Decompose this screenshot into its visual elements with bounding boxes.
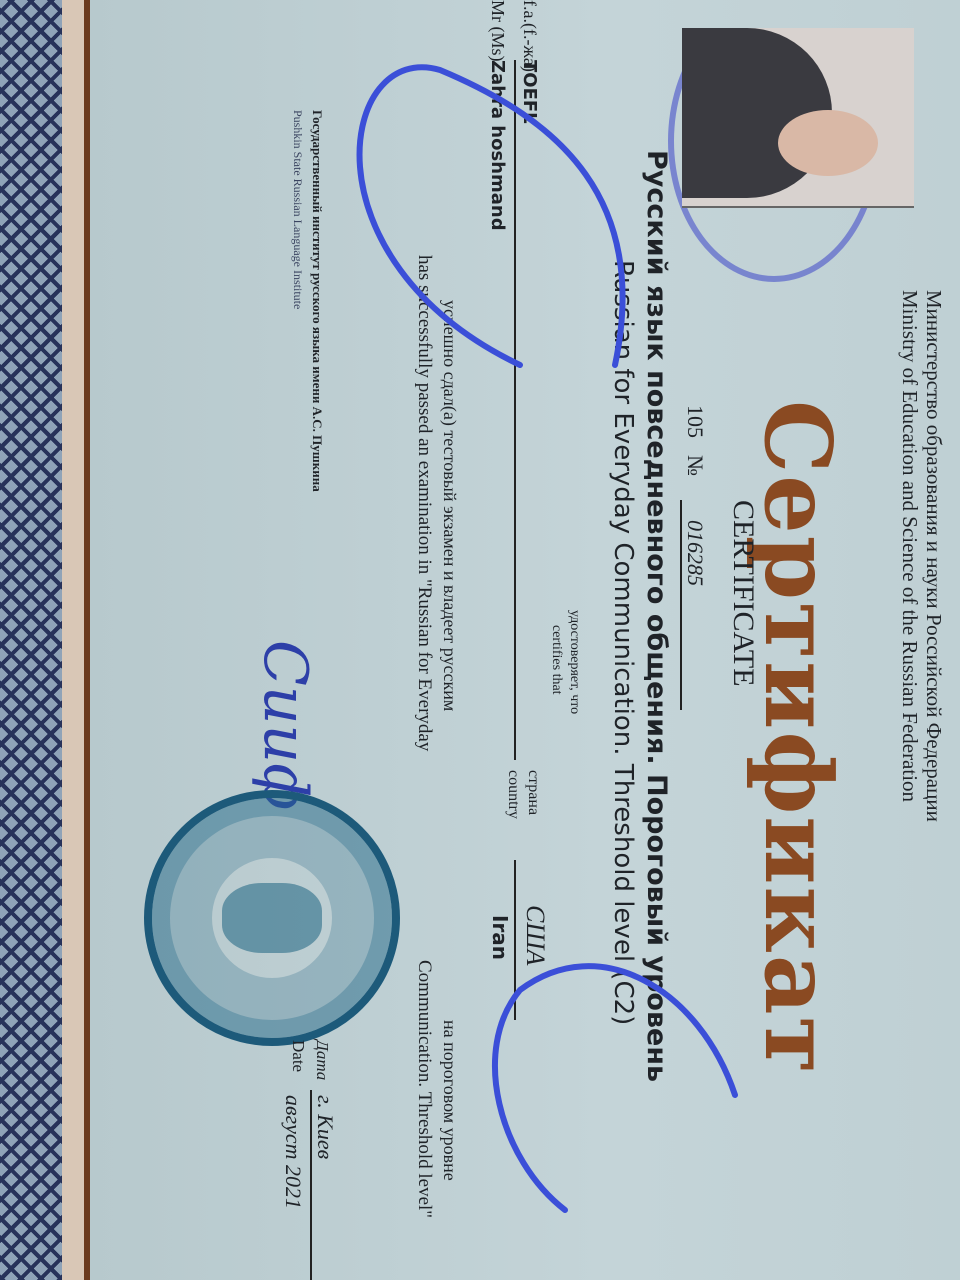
certifies-ru: удостоверяет, что xyxy=(566,610,582,714)
passed-statement-ru: успешно сдал(а) тестовый экзамен и владе… xyxy=(439,300,460,711)
border-strip xyxy=(62,0,84,1280)
name-value: Zahra hoshmand xyxy=(487,60,508,231)
institute-en: Pushkin State Russian Language Institute xyxy=(290,110,305,309)
exam-title-ru: Русский язык повседневного общения. Поро… xyxy=(641,150,672,1082)
date-place: г. Киев xyxy=(312,1095,338,1159)
signature: Сииф xyxy=(250,640,320,810)
portrait-photo xyxy=(682,28,914,208)
passed-statement-en-end: Communication. Threshold level" xyxy=(413,960,435,1218)
institute-ru: Государственный институт русского языка … xyxy=(309,110,325,492)
number-prefix: 105 xyxy=(682,405,708,438)
date-value: август 2021 xyxy=(280,1095,306,1209)
certificate-title-en: CERTIFICATE xyxy=(726,500,760,687)
date-underline xyxy=(310,1090,312,1280)
certifies-en: certifies that xyxy=(548,625,564,695)
ministry-en: Ministry of Education and Science of the… xyxy=(897,290,922,802)
exam-title-en: Russian for Everyday Communication. Thre… xyxy=(608,260,638,1025)
passed-statement-en: has successfully passed an examination i… xyxy=(413,255,435,751)
name-label: Mr (Ms) xyxy=(487,0,508,62)
ministry-ru: Министерство образования и науки Российс… xyxy=(921,290,946,822)
decorative-border xyxy=(0,0,62,1280)
portrait-face-icon xyxy=(778,110,878,176)
eagle-emblem-icon xyxy=(222,883,322,953)
country-ru: США xyxy=(520,905,550,965)
family-value: TOEFL xyxy=(519,60,540,124)
country-label-ru: страна xyxy=(524,770,542,815)
country-underline xyxy=(514,860,516,1020)
official-seal-icon xyxy=(144,790,400,1046)
number-sign: № xyxy=(682,455,708,476)
country-en: Iran xyxy=(488,915,512,960)
date-label-en: Date xyxy=(288,1040,308,1072)
passed-statement-ru-end: на пороговом уровне xyxy=(439,1020,460,1181)
date-label-ru: Дата xyxy=(312,1040,332,1080)
country-label-en: country xyxy=(504,770,522,819)
certificate-number: 016285 xyxy=(680,500,708,710)
name-underline xyxy=(514,60,516,760)
certificate-title-ru: Сертификат xyxy=(744,400,852,1076)
